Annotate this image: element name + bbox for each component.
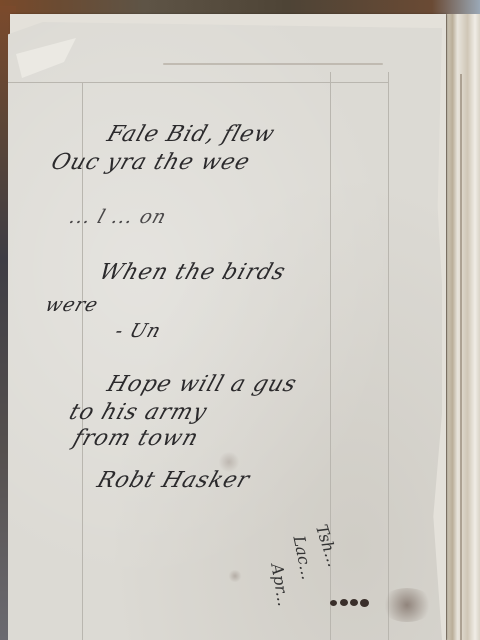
ink-blot xyxy=(340,599,348,606)
ruled-column-line xyxy=(388,72,389,640)
handwritten-line: ... l ... on xyxy=(66,206,169,228)
handwritten-line: from town xyxy=(70,426,202,451)
ruled-line-top xyxy=(8,82,388,83)
folded-corner xyxy=(16,38,76,78)
paper-crease xyxy=(163,63,383,65)
handwritten-line: Ouc yra the wee xyxy=(48,150,254,175)
margin-note-line: Lac... xyxy=(289,534,317,581)
margin-note-line: Apr... xyxy=(267,562,293,608)
page-tear xyxy=(460,74,462,640)
ink-blot xyxy=(360,599,369,607)
manuscript-page: Fale Bid, flew Ouc yra the wee ... l ...… xyxy=(8,22,442,640)
margin-note-line: Tsh... xyxy=(312,522,343,569)
ink-blot xyxy=(330,600,337,606)
handwritten-line: were xyxy=(42,294,101,316)
handwritten-line: When the birds xyxy=(96,260,289,285)
handwritten-line: to his army xyxy=(66,400,211,425)
water-stain xyxy=(228,570,242,582)
handwritten-line: Fale Bid, flew xyxy=(104,122,278,147)
handwritten-line: - Un xyxy=(112,320,164,342)
handwritten-line: Hope will a gus xyxy=(104,372,300,397)
ink-blot xyxy=(350,599,358,606)
water-stain xyxy=(218,452,240,472)
ink-stain xyxy=(380,588,434,622)
